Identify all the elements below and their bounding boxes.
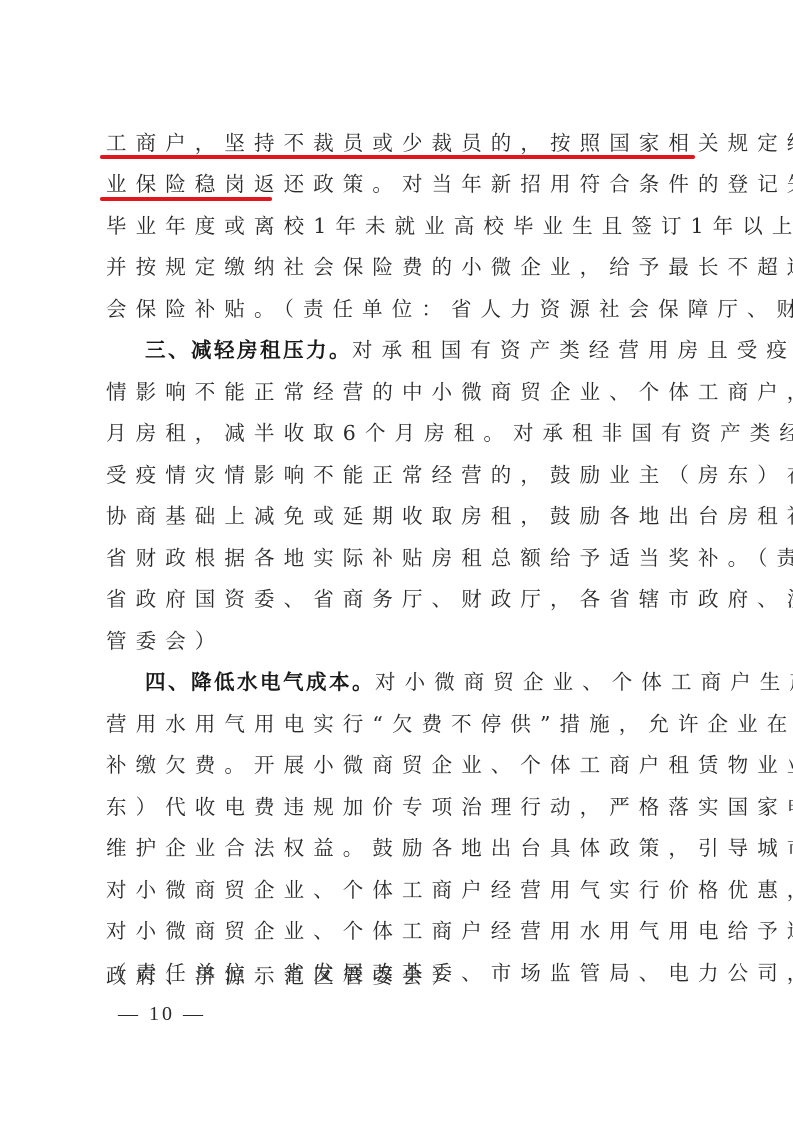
paragraph-line: 并按规定缴纳社会保险费的小微企业，给予最长不超过1年的社	[106, 252, 706, 282]
document-page: 工商户，坚持不裁员或少裁员的，按照国家相关规定继续实施失 业保险稳岗返还政策。对…	[0, 0, 793, 1121]
paragraph-line: 工商户，坚持不裁员或少裁员的，按照国家相关规定继续实施失	[106, 128, 706, 158]
paragraph-line: 管委会）	[106, 626, 706, 656]
paragraph-line: 受疫情灾情影响不能正常经营的，鼓励业主（房东）在双方平等	[106, 460, 706, 490]
page-number: — 10 —	[118, 1002, 206, 1026]
section-3-heading: 三、减轻房租压力。	[145, 338, 352, 362]
paragraph-line: 维护企业合法权益。鼓励各地出台具体政策，引导城市燃气企业	[106, 833, 706, 863]
paragraph-line: 对小微商贸企业、个体工商户经营用气实行价格优惠，根据实际	[106, 875, 706, 905]
paragraph-line: 省政府国资委、省商务厅、财政厅，各省辖市政府、济源示范区	[106, 584, 706, 614]
red-underline-annotation	[100, 155, 695, 159]
section-3-text: 对承租国有资产类经营用房且受疫情灾	[352, 338, 793, 362]
paragraph-line: 月房租，减半收取6个月房租。对承租非国有资产类经营用房且	[106, 418, 706, 448]
paragraph-line: 营用水用气用电实行“欠费不停供”措施，允许企业在3个月内	[106, 709, 706, 739]
paragraph-line: 会保险补贴。（责任单位：省人力资源社会保障厅、财政厅）	[106, 294, 706, 324]
paragraph-line: 省财政根据各地实际补贴房租总额给予适当奖补。（责任单位：	[106, 543, 706, 573]
paragraph-line: 东）代收电费违规加价专项治理行动，严格落实国家电价制度，	[106, 792, 706, 822]
section-4-text: 对小微商贸企业、个体工商户生产经	[375, 670, 793, 694]
section-4-heading: 四、降低水电气成本。	[145, 670, 375, 694]
red-underline-annotation	[100, 197, 272, 201]
paragraph-line-last: 政府、济源示范区管委会）	[106, 961, 706, 991]
paragraph-line: 对小微商贸企业、个体工商户经营用水用气用电给予适度补贴。	[106, 916, 706, 946]
paragraph-line: 补缴欠费。开展小微商贸企业、个体工商户租赁物业业主（房	[106, 750, 706, 780]
paragraph-line: 情影响不能正常经营的中小微商贸企业、个体工商户，免收3个	[106, 377, 706, 407]
section-3-first-line: 三、减轻房租压力。对承租国有资产类经营用房且受疫情灾	[145, 335, 745, 365]
paragraph-line: 毕业年度或离校1年未就业高校毕业生且签订1年以上劳动合同	[106, 211, 706, 241]
section-4-first-line: 四、降低水电气成本。对小微商贸企业、个体工商户生产经	[145, 667, 745, 697]
paragraph-line: 业保险稳岗返还政策。对当年新招用符合条件的登记失业人员、	[106, 169, 706, 199]
paragraph-line: 协商基础上减免或延期收取房租，鼓励各地出台房租补贴政策，	[106, 501, 706, 531]
